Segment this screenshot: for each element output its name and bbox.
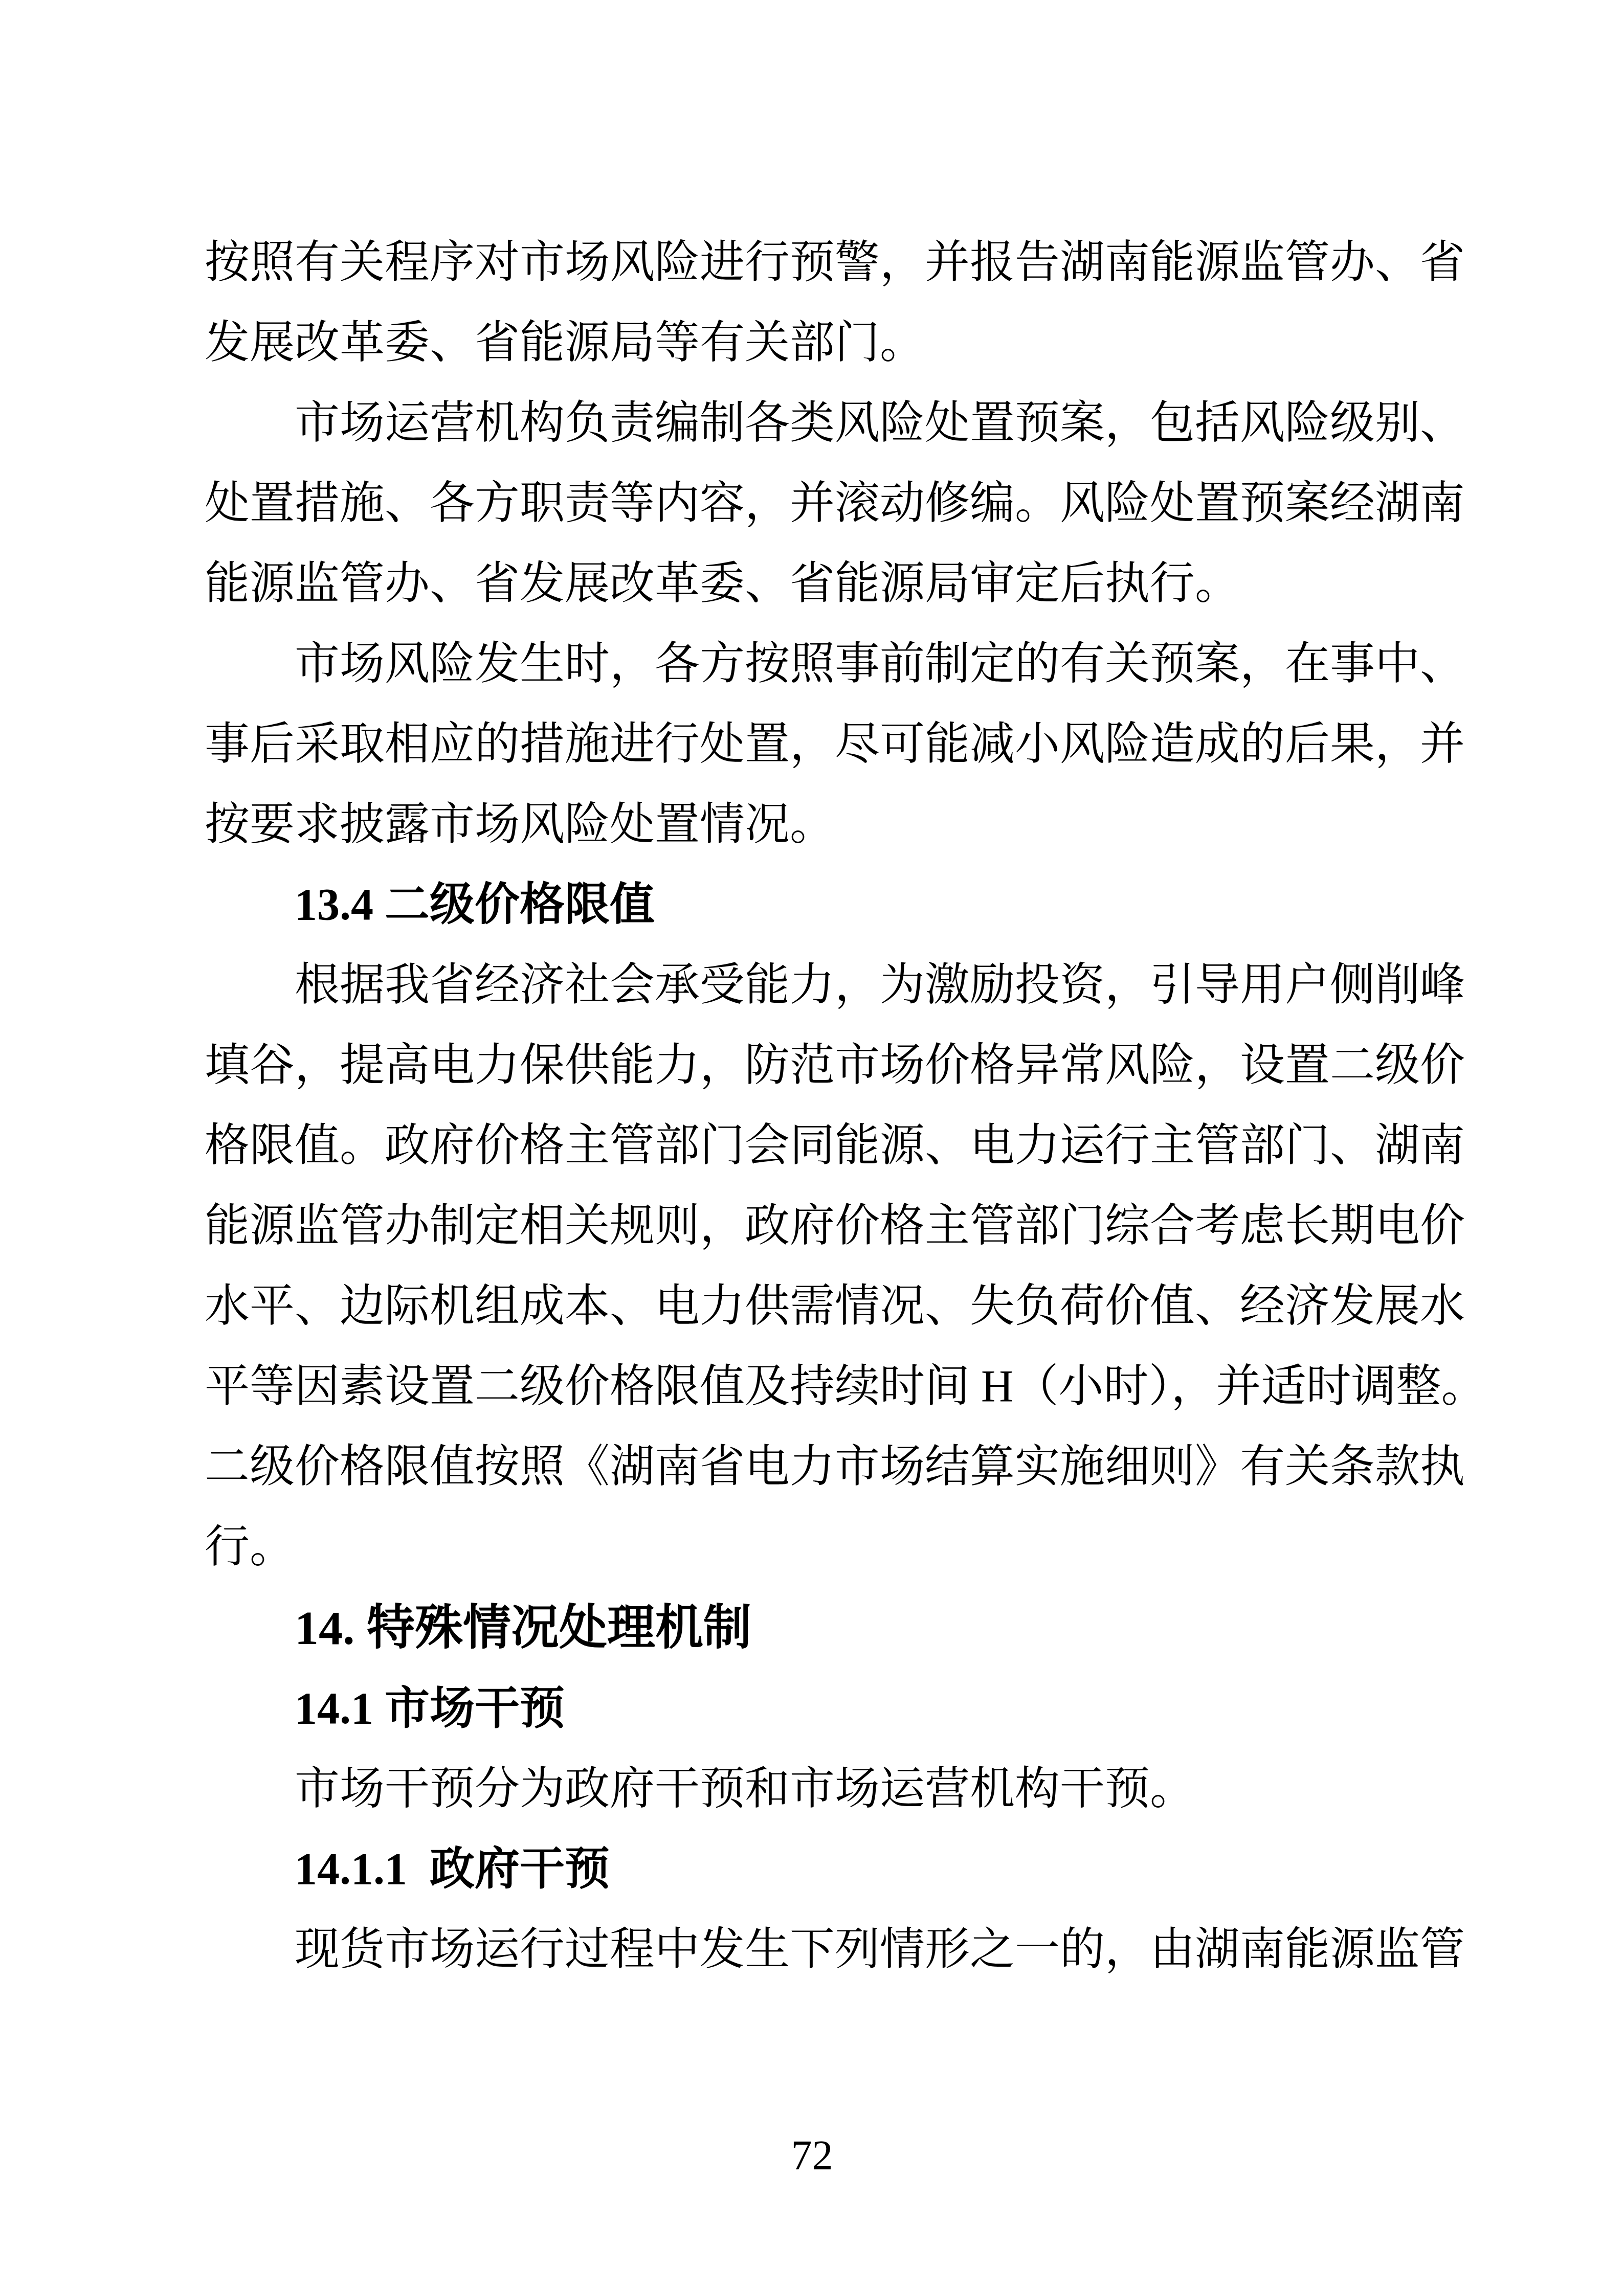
paragraph-line: 水平、边际机组成本、电力供需情况、失负荷价值、经济发展水	[205, 1266, 1422, 1346]
page-content: 按照有关程序对市场风险进行预警，并报告湖南能源监管办、省发展改革委、省能源局等有…	[205, 222, 1422, 1990]
document-page: 按照有关程序对市场风险进行预警，并报告湖南能源监管办、省发展改革委、省能源局等有…	[0, 0, 1624, 2296]
section-number: 14.	[295, 1602, 367, 1655]
page-footer: 72	[0, 2127, 1624, 2184]
paragraph-line: 根据我省经济社会承受能力，为激励投资，引导用户侧削峰	[205, 945, 1422, 1025]
paragraph-line: 能源监管办制定相关规则，政府价格主管部门综合考虑长期电价	[205, 1186, 1422, 1266]
paragraph-line: 二级价格限值按照《湖南省电力市场结算实施细则》有关条款执	[205, 1427, 1422, 1507]
page-number: 72	[791, 2127, 833, 2184]
paragraph-line: 行。	[205, 1507, 1422, 1587]
paragraph-line: 现货市场运行过程中发生下列情形之一的，由湖南能源监管	[205, 1909, 1422, 1990]
paragraph-line: 能源监管办、省发展改革委、省能源局审定后执行。	[205, 544, 1422, 624]
paragraph-line: 市场干预分为政府干预和市场运营机构干预。	[205, 1749, 1422, 1829]
paragraph-line: 发展改革委、省能源局等有关部门。	[205, 303, 1422, 383]
section-heading: 14.1.1 政府干预	[205, 1829, 1422, 1909]
section-heading: 14.1 市场干预	[205, 1669, 1422, 1749]
section-heading: 13.4 二级价格限值	[205, 865, 1422, 945]
paragraph-line: 平等因素设置二级价格限值及持续时间 H（小时），并适时调整。	[205, 1346, 1422, 1427]
paragraph-line: 填谷，提高电力保供能力，防范市场价格异常风险，设置二级价	[205, 1025, 1422, 1106]
paragraph-line: 按照有关程序对市场风险进行预警，并报告湖南能源监管办、省	[205, 222, 1422, 303]
paragraph-line: 处置措施、各方职责等内容，并滚动修编。风险处置预案经湖南	[205, 463, 1422, 544]
paragraph-line: 按要求披露市场风险处置情况。	[205, 784, 1422, 865]
section-heading: 14. 特殊情况处理机制	[205, 1587, 1422, 1669]
paragraph-line: 市场运营机构负责编制各类风险处置预案，包括风险级别、	[205, 383, 1422, 463]
paragraph-line: 事后采取相应的措施进行处置，尽可能减小风险造成的后果，并	[205, 704, 1422, 784]
paragraph-line: 格限值。政府价格主管部门会同能源、电力运行主管部门、湖南	[205, 1106, 1422, 1186]
section-title: 特殊情况处理机制	[367, 1601, 751, 1654]
paragraph-line: 市场风险发生时，各方按照事前制定的有关预案，在事中、	[205, 624, 1422, 704]
